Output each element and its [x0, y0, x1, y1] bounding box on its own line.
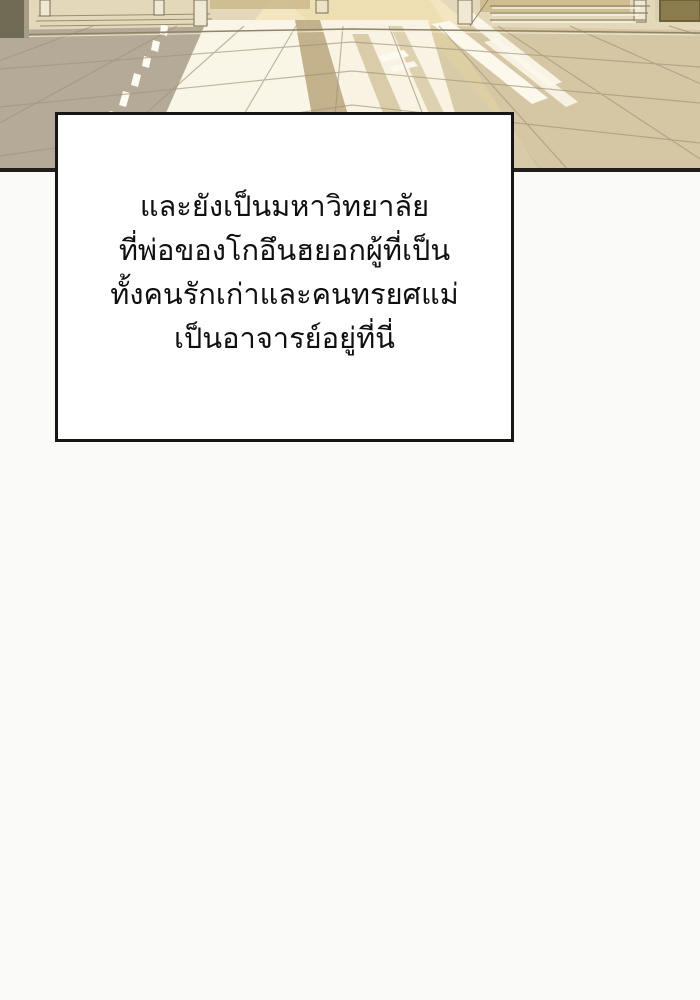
narration-line-3: ทั้งคนรักเก่าและคนทรยศแม่ [110, 273, 459, 317]
narration-line-4: เป็นอาจารย์อยู่ที่นี่ [174, 317, 395, 361]
narration-line-1: และยังเป็นมหาวิทยาลัย [140, 185, 429, 229]
webtoon-page: และยังเป็นมหาวิทยาลัย ที่พ่อของโกอึนฮยอก… [0, 0, 700, 1000]
narration-box: และยังเป็นมหาวิทยาลัย ที่พ่อของโกอึนฮยอก… [55, 112, 514, 442]
narration-line-2: ที่พ่อของโกอึนฮยอกผู้ที่เป็น [119, 229, 450, 273]
